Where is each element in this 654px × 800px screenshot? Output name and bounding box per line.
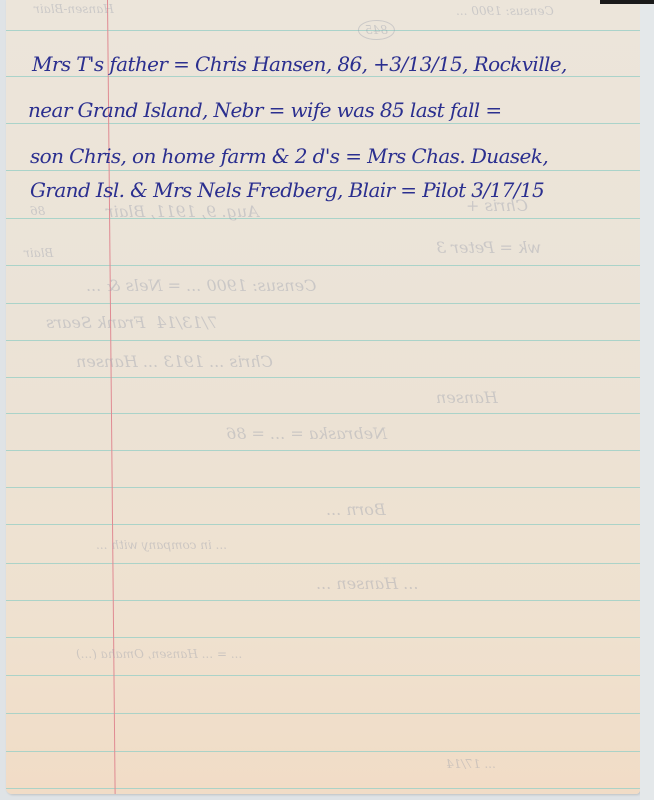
rule-line — [6, 170, 640, 171]
rule-line — [6, 788, 640, 789]
bleed-through-text: ... = ... Hansen, Omaha (...) — [76, 647, 242, 661]
rule-line — [6, 563, 640, 564]
rule-line — [6, 340, 640, 341]
handwritten-line-3: son Chris, on home farm & 2 d's = Mrs Ch… — [30, 144, 548, 168]
rule-line — [6, 303, 640, 304]
bleed-through-text: 7/13/14 — [156, 313, 218, 332]
bleed-through-text: Hansen-Blair — [34, 2, 114, 16]
rule-line — [6, 76, 640, 77]
bleed-through-text: Frank Sears — [46, 313, 145, 332]
scanner-edge-shadow — [600, 0, 654, 4]
bleed-through-text: Census: 1900 ... = Nels & ... — [86, 276, 316, 295]
handwritten-line-4: Grand Isl. & Mrs Nels Fredberg, Blair = … — [30, 178, 544, 202]
rule-line — [6, 524, 640, 525]
rule-line — [6, 413, 640, 414]
handwritten-line-1: Mrs T's father = Chris Hansen, 86, +3/13… — [32, 52, 567, 76]
bleed-through-text: Nebraska = ... = 86 — [226, 424, 387, 443]
bleed-through-text: 845 — [358, 20, 395, 40]
rule-line — [6, 377, 640, 378]
bleed-through-text: ... 17/14 — [446, 757, 496, 771]
bleed-through-text: Hansen — [436, 388, 498, 407]
rule-line — [6, 713, 640, 714]
scanner-background — [640, 0, 654, 800]
bleed-through-text: Aug. 9, 1911, Blair — [106, 202, 259, 221]
rule-line — [6, 487, 640, 488]
rule-line — [6, 675, 640, 676]
rule-line — [6, 218, 640, 219]
rule-line — [6, 751, 640, 752]
bleed-through-text: wk = Peter 3 — [436, 238, 541, 257]
bleed-through-text: ... Hansen ... — [316, 574, 418, 593]
rule-line — [6, 123, 640, 124]
legal-pad-page: Hansen-Blair Census: 1900 ... 845 Chris … — [6, 0, 640, 794]
rule-line — [6, 600, 640, 601]
rule-line — [6, 265, 640, 266]
bleed-through-text: Census: 1900 ... — [456, 4, 554, 18]
rule-line — [6, 450, 640, 451]
bleed-through-text: Blair — [24, 246, 53, 260]
rule-line — [6, 637, 640, 638]
handwritten-line-2: near Grand Island, Nebr = wife was 85 la… — [28, 98, 502, 122]
bleed-through-text: ... in company with ... — [96, 538, 227, 552]
rule-line — [6, 30, 640, 31]
bleed-through-text: Chris ... 1913 ... Hansen — [76, 352, 273, 371]
bleed-through-text: Born ... — [326, 500, 386, 519]
bleed-through-text: 86 — [30, 204, 45, 218]
